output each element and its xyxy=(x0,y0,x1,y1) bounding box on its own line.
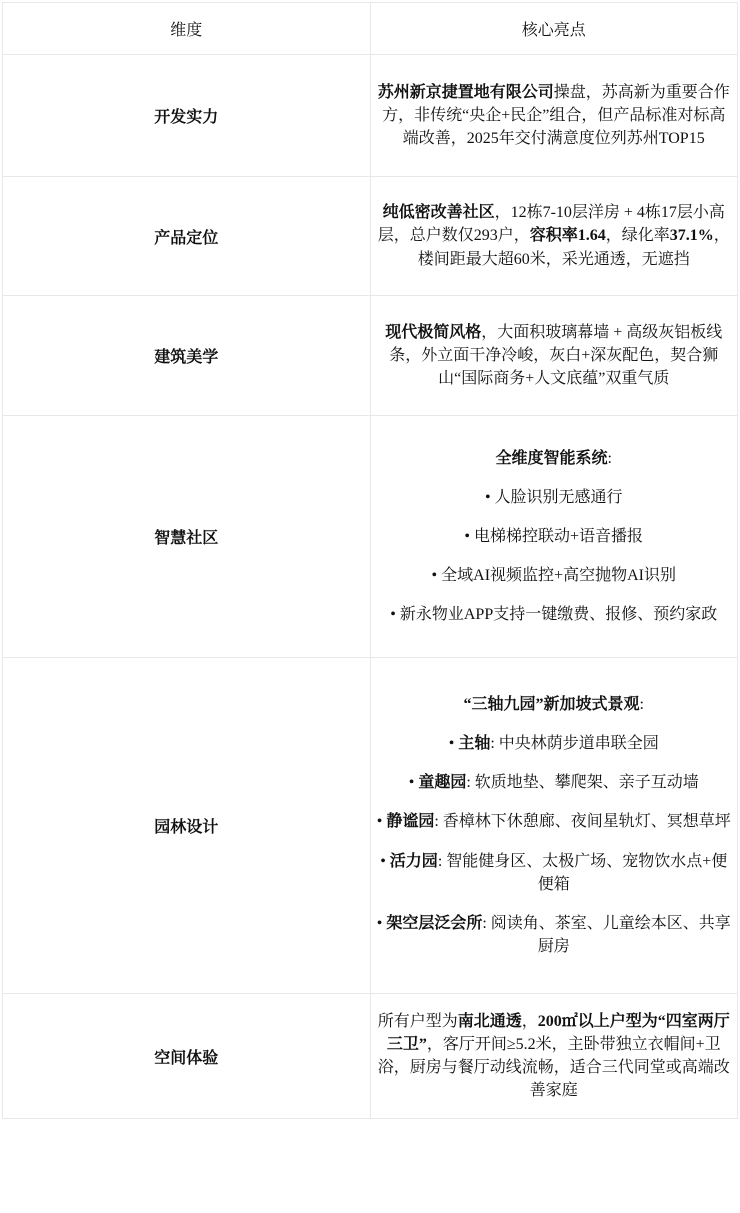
dimension-cell: 开发实力 xyxy=(3,55,371,177)
bullet-item: • 架空层泛会所: 阅读角、茶室、儿童绘本区、共享厨房 xyxy=(377,912,732,958)
bullet-item: • 全域AI视频监控+高空抛物AI识别 xyxy=(377,564,732,587)
text-segment: ，客厅开间≥5.2米，主卧带独立衣帽间+卫浴，厨房与餐厅动线流畅，适合三代同堂或… xyxy=(378,1036,730,1099)
table-row: 建筑美学现代极简风格，大面积玻璃幕墙 + 高级灰铝板线条，外立面干净冷峻，灰白+… xyxy=(3,296,738,416)
bullet-item: • 电梯梯控联动+语音播报 xyxy=(377,525,732,548)
page: 维度 核心亮点 开发实力苏州新京捷置地有限公司操盘，苏高新为重要合作方，非传统“… xyxy=(0,0,740,1213)
table-row: 空间体验所有户型为南北通透，200㎡以上户型为“四室两厅三卫”，客厅开间≥5.2… xyxy=(3,994,738,1119)
bold-text-segment: 静谧园 xyxy=(386,813,434,830)
bullet-item: • 活力园: 智能健身区、太极广场、宠物饮水点+便便箱 xyxy=(377,850,732,896)
bold-text-segment: 全维度智能系统 xyxy=(496,450,608,467)
bold-text-segment: 纯低密改善社区 xyxy=(383,204,495,221)
dimension-cell: 智慧社区 xyxy=(3,416,371,658)
bold-text-segment: 苏州新京捷置地有限公司 xyxy=(378,84,554,101)
bold-text-segment: 架空层泛会所 xyxy=(386,915,482,932)
bullet-item: • 主轴: 中央林荫步道串联全园 xyxy=(377,732,732,755)
text-segment: 所有户型为 xyxy=(378,1013,458,1030)
bold-text-segment: “三轴九园”新加坡式景观 xyxy=(464,696,640,713)
bold-text-segment: 活力园 xyxy=(390,853,438,870)
bold-text-segment: 容积率1.64 xyxy=(530,227,606,244)
highlights-cell: 全维度智能系统:• 人脸识别无感通行• 电梯梯控联动+语音播报• 全域AI视频监… xyxy=(370,416,738,658)
text-segment: 全域AI视频监控+高空抛物AI识别 xyxy=(441,567,676,584)
bullet-item: • 童趣园: 软质地垫、攀爬架、亲子互动墙 xyxy=(377,771,732,794)
text-segment: : xyxy=(640,696,644,713)
text-segment: : xyxy=(608,450,612,467)
text-segment: : 中央林荫步道串联全园 xyxy=(490,735,658,752)
property-highlights-table: 维度 核心亮点 开发实力苏州新京捷置地有限公司操盘，苏高新为重要合作方，非传统“… xyxy=(2,2,738,1119)
header-row: 维度 核心亮点 xyxy=(3,3,738,55)
dimension-cell: 空间体验 xyxy=(3,994,371,1119)
highlights-cell: 现代极简风格，大面积玻璃幕墙 + 高级灰铝板线条，外立面干净冷峻，灰白+深灰配色… xyxy=(370,296,738,416)
bold-text-segment: 主轴 xyxy=(458,735,490,752)
bullet-item: • 人脸识别无感通行 xyxy=(377,486,732,509)
text-segment: : 智能健身区、太极广场、宠物饮水点+便便箱 xyxy=(438,853,727,893)
highlight-paragraph: 纯低密改善社区，12栋7-10层洋房 + 4栋17层小高层，总户数仅293户，容… xyxy=(377,201,732,271)
text-segment: : 阅读角、茶室、儿童绘本区、共享厨房 xyxy=(482,915,730,955)
table-row: 智慧社区全维度智能系统:• 人脸识别无感通行• 电梯梯控联动+语音播报• 全域A… xyxy=(3,416,738,658)
dimension-cell: 建筑美学 xyxy=(3,296,371,416)
text-segment: 电梯梯控联动+语音播报 xyxy=(474,528,643,545)
bold-text-segment: 37.1% xyxy=(670,227,714,244)
text-segment: 新永物业APP支持一键缴费、报修、预约家政 xyxy=(400,606,717,623)
bullet-item: • 新永物业APP支持一键缴费、报修、预约家政 xyxy=(377,603,732,626)
text-segment: : 软质地垫、攀爬架、亲子互动墙 xyxy=(466,774,698,791)
highlights-cell: 苏州新京捷置地有限公司操盘，苏高新为重要合作方，非传统“央企+民企”组合，但产品… xyxy=(370,55,738,177)
bold-text-segment: 南北通透 xyxy=(458,1013,522,1030)
dimension-cell: 产品定位 xyxy=(3,177,371,296)
text-segment: ， xyxy=(522,1013,538,1030)
dimension-cell: 园林设计 xyxy=(3,658,371,994)
text-segment: 人脸识别无感通行 xyxy=(495,489,623,506)
highlight-paragraph: “三轴九园”新加坡式景观: xyxy=(377,693,732,716)
table-row: 产品定位纯低密改善社区，12栋7-10层洋房 + 4栋17层小高层，总户数仅29… xyxy=(3,177,738,296)
highlight-paragraph: 全维度智能系统: xyxy=(377,447,732,470)
bold-text-segment: 现代极简风格 xyxy=(385,324,481,341)
column-header-highlights: 核心亮点 xyxy=(370,3,738,55)
highlight-paragraph: 所有户型为南北通透，200㎡以上户型为“四室两厅三卫”，客厅开间≥5.2米，主卧… xyxy=(377,1010,732,1103)
bold-text-segment: 童趣园 xyxy=(418,774,466,791)
highlights-cell: “三轴九园”新加坡式景观:• 主轴: 中央林荫步道串联全园• 童趣园: 软质地垫… xyxy=(370,658,738,994)
highlight-paragraph: 现代极简风格，大面积玻璃幕墙 + 高级灰铝板线条，外立面干净冷峻，灰白+深灰配色… xyxy=(377,321,732,391)
table-row: 开发实力苏州新京捷置地有限公司操盘，苏高新为重要合作方，非传统“央企+民企”组合… xyxy=(3,55,738,177)
text-segment: : 香樟林下休憩廊、夜间星轨灯、冥想草坪 xyxy=(434,813,730,830)
column-header-dimension: 维度 xyxy=(3,3,371,55)
highlight-paragraph: 苏州新京捷置地有限公司操盘，苏高新为重要合作方，非传统“央企+民企”组合，但产品… xyxy=(377,81,732,151)
highlights-cell: 纯低密改善社区，12栋7-10层洋房 + 4栋17层小高层，总户数仅293户，容… xyxy=(370,177,738,296)
highlights-cell: 所有户型为南北通透，200㎡以上户型为“四室两厅三卫”，客厅开间≥5.2米，主卧… xyxy=(370,994,738,1119)
text-segment: ，绿化率 xyxy=(606,227,670,244)
bullet-item: • 静谧园: 香樟林下休憩廊、夜间星轨灯、冥想草坪 xyxy=(377,810,732,833)
table-body: 开发实力苏州新京捷置地有限公司操盘，苏高新为重要合作方，非传统“央企+民企”组合… xyxy=(3,55,738,1119)
table-row: 园林设计“三轴九园”新加坡式景观:• 主轴: 中央林荫步道串联全园• 童趣园: … xyxy=(3,658,738,994)
